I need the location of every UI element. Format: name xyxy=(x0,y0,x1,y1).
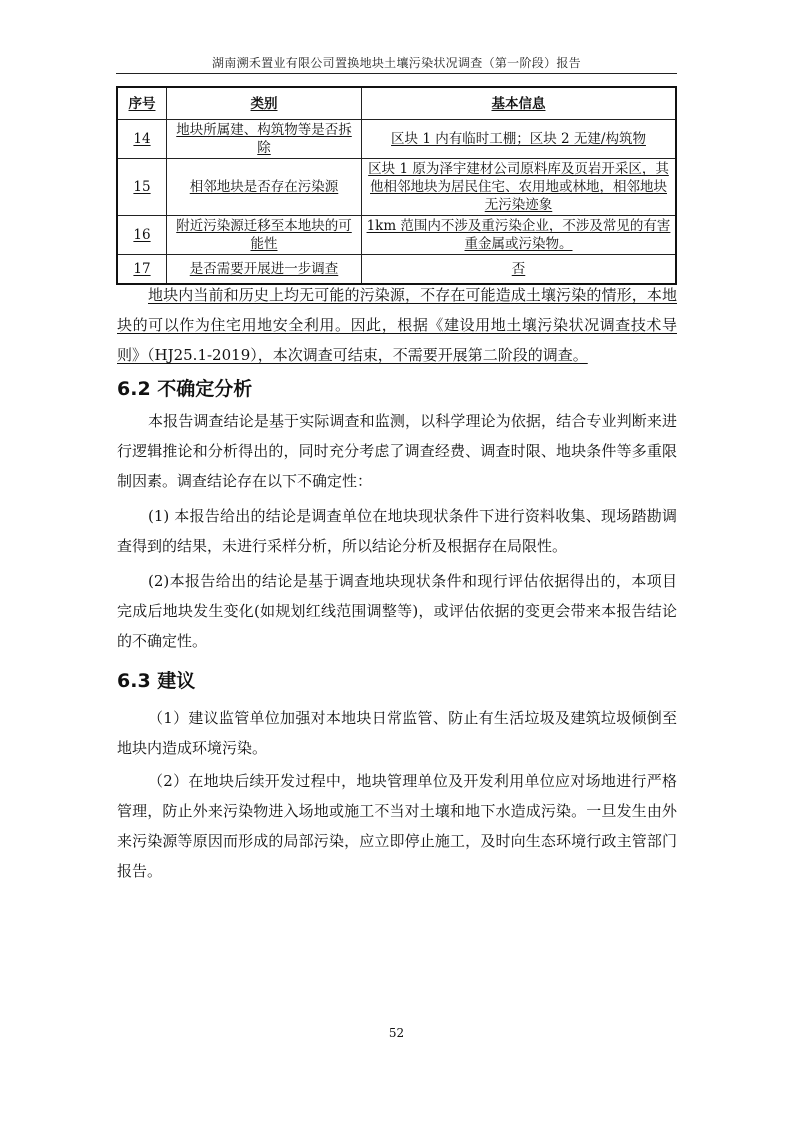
column-header-number: 序号 xyxy=(117,87,167,120)
running-header: 湖南溯禾置业有限公司置换地块土壤污染状况调查（第一阶段）报告 xyxy=(116,54,677,71)
section-6-2-heading: 6.2 不确定分析 xyxy=(117,374,252,401)
row-category: 相邻地块是否存在污染源 xyxy=(167,159,362,216)
investigation-summary-table: 序号 类别 基本信息 14 地块所属建、构筑物等是否拆除 区块 1 内有临时工棚… xyxy=(116,86,677,285)
header-rule xyxy=(116,73,677,74)
row-info: 区块 1 原为泽宇建材公司原料库及页岩开采区，其他相邻地块为居民住宅、农用地或林… xyxy=(362,159,677,216)
conclusion-paragraph: 地块内当前和历史上均无可能的污染源，不存在可能造成土壤污染的情形，本地块的可以作… xyxy=(117,280,677,370)
row-number: 15 xyxy=(117,159,167,216)
table-row: 14 地块所属建、构筑物等是否拆除 区块 1 内有临时工棚；区块 2 无建/构筑… xyxy=(117,120,676,159)
recommendation-item-2: （2）在地块后续开发过程中，地块管理单位及开发利用单位应对场地进行严格管理，防止… xyxy=(117,766,677,886)
table-row: 15 相邻地块是否存在污染源 区块 1 原为泽宇建材公司原料库及页岩开采区，其他… xyxy=(117,159,676,216)
row-number: 14 xyxy=(117,120,167,159)
page-number: 52 xyxy=(0,1026,793,1040)
section-6-3-heading: 6.3 建议 xyxy=(117,666,195,693)
row-info: 1km 范围内不涉及重污染企业，不涉及常见的有害重金属或污染物。 xyxy=(362,216,677,255)
column-header-category: 类别 xyxy=(167,87,362,120)
row-info: 区块 1 内有临时工棚；区块 2 无建/构筑物 xyxy=(362,120,677,159)
row-category: 附近污染源迁移至本地块的可能性 xyxy=(167,216,362,255)
recommendation-item-1: （1）建议监管单位加强对本地块日常监管、防止有生活垃圾及建筑垃圾倾倒至地块内造成… xyxy=(117,703,677,763)
uncertainty-intro-paragraph: 本报告调查结论是基于实际调查和监测，以科学理论为依据，结合专业判断来进行逻辑推论… xyxy=(117,406,677,496)
table-row: 16 附近污染源迁移至本地块的可能性 1km 范围内不涉及重污染企业，不涉及常见… xyxy=(117,216,676,255)
row-number: 16 xyxy=(117,216,167,255)
table-header-row: 序号 类别 基本信息 xyxy=(117,87,676,120)
uncertainty-item-1: (1) 本报告给出的结论是调查单位在地块现状条件下进行资料收集、现场踏勘调查得到… xyxy=(117,501,677,561)
column-header-info: 基本信息 xyxy=(362,87,677,120)
uncertainty-item-2: (2)本报告给出的结论是基于调查地块现状条件和现行评估依据得出的，本项目完成后地… xyxy=(117,566,677,656)
row-category: 地块所属建、构筑物等是否拆除 xyxy=(167,120,362,159)
